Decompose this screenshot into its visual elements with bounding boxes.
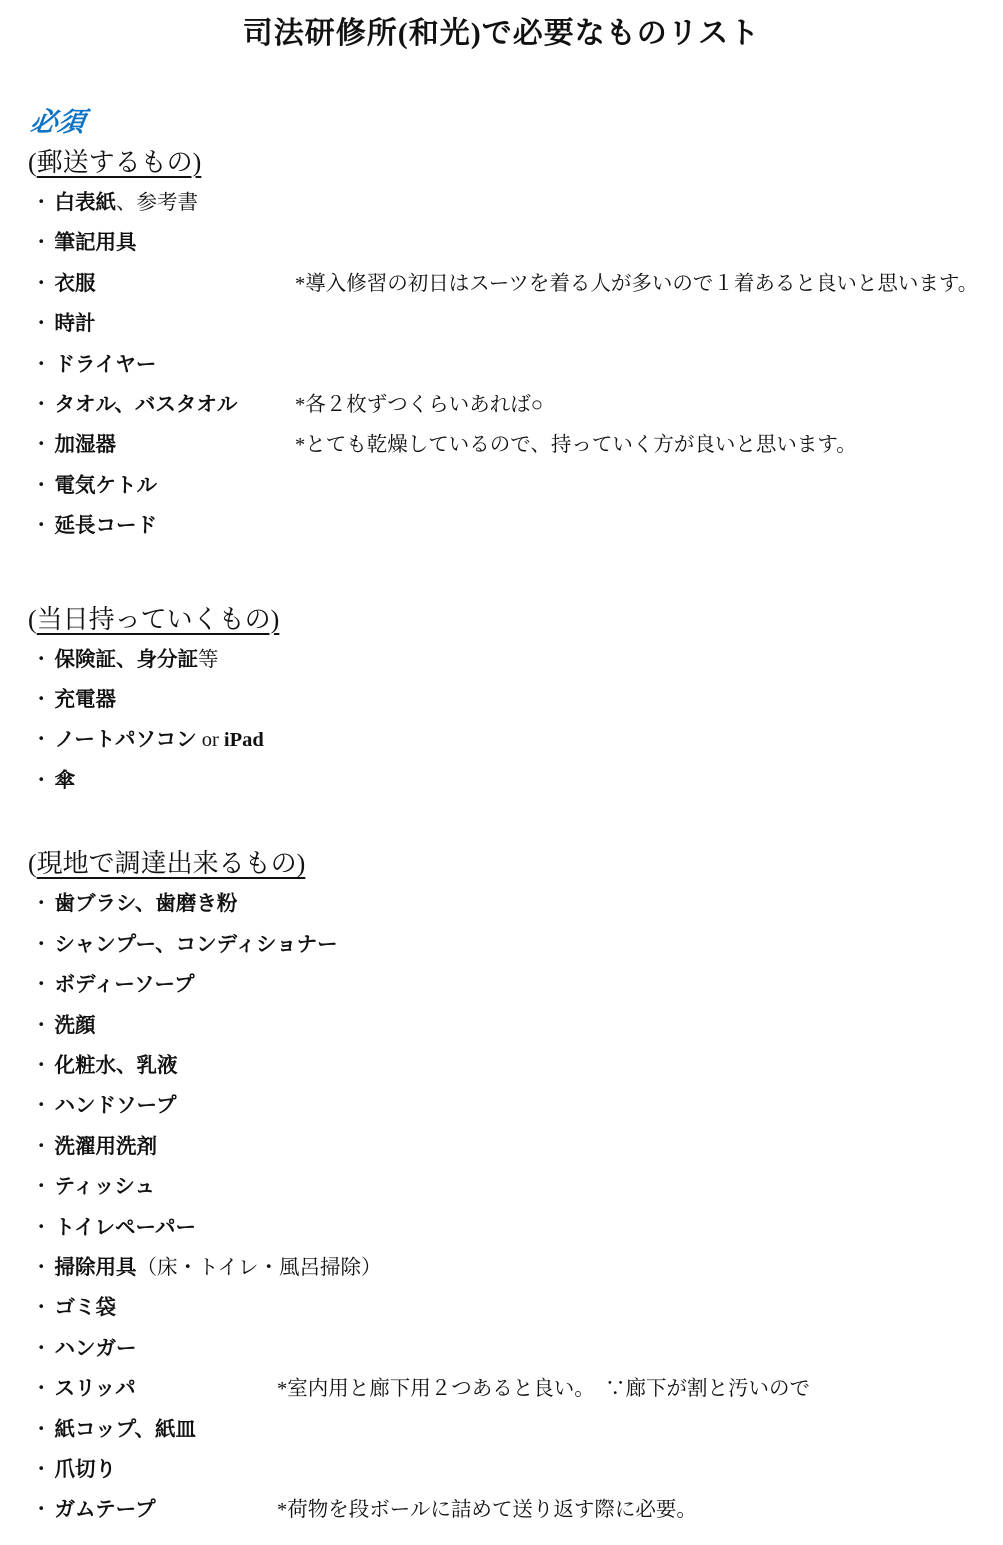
sections-container: (郵送するもの)・白表紙、参考書・筆記用具・衣服*導入修習の初日はスーツを着る人… <box>0 142 1003 1531</box>
item-label: ハンドソープ <box>55 1095 177 1117</box>
required-heading-row: 必須 <box>28 102 1003 142</box>
item-note: *室内用と廊下用２つあると良い。 ∵廊下が割と汚いので <box>277 1369 810 1409</box>
list-item: ・傘 <box>31 761 1003 801</box>
list-item: ・加湿器*とても乾燥しているので、持っていく方が良いと思います。 <box>31 425 1003 465</box>
item-bullet: ・ <box>31 1499 52 1521</box>
item-bullet: ・ <box>31 1136 52 1158</box>
item-label: ゴミ袋 <box>55 1297 117 1319</box>
list-item: ・歯ブラシ、歯磨き粉 <box>31 884 1003 924</box>
item-bullet: ・ <box>31 1419 52 1441</box>
section: (郵送するもの)・白表紙、参考書・筆記用具・衣服*導入修習の初日はスーツを着る人… <box>0 142 1003 547</box>
item-bullet: ・ <box>31 1217 52 1239</box>
item-bullet: ・ <box>31 1338 52 1360</box>
list-item: ・シャンプー、コンディショナー <box>31 925 1003 965</box>
item-label: ティッシュ <box>55 1176 155 1198</box>
list-item: ・ハンガー <box>31 1329 1003 1369</box>
section-heading-text: 当日持っていくもの) <box>37 605 280 634</box>
item-bullet: ・ <box>31 770 52 792</box>
item-label: 白表紙 <box>55 192 117 214</box>
item-label: シャンプー、コンディショナー <box>55 934 338 956</box>
item-label: 衣服 <box>55 273 96 295</box>
item-label: 充電器 <box>55 689 117 711</box>
item-note: *とても乾燥しているので、持っていく方が良いと思います。 <box>295 425 857 465</box>
item-bullet: ・ <box>31 475 52 497</box>
item-bullet: ・ <box>31 1055 52 1077</box>
item-bullet: ・ <box>31 273 52 295</box>
item-bullet: ・ <box>31 434 52 456</box>
item-rest: （床・トイレ・風呂掃除） <box>137 1257 382 1279</box>
section-heading-text: 現地で調達出来るもの) <box>37 849 306 878</box>
list-item: ・筆記用具 <box>31 223 1003 263</box>
list-item: ・白表紙、参考書 <box>31 183 1003 223</box>
item-label: 紙コップ、紙皿 <box>55 1419 196 1441</box>
section-heading: (現地で調達出来るもの) <box>28 843 1003 884</box>
item-label: スリッパ <box>55 1378 136 1400</box>
item-bullet: ・ <box>31 192 52 214</box>
item-label: 保険証、身分証 <box>55 649 199 671</box>
item-bullet: ・ <box>31 1378 52 1400</box>
item-bullet: ・ <box>31 893 52 915</box>
list-item: ・ドライヤー <box>31 345 1003 385</box>
list-item: ・時計 <box>31 304 1003 344</box>
item-bullet: ・ <box>31 354 52 376</box>
item-note: *荷物を段ボールに詰めて送り返す際に必要。 <box>277 1490 697 1530</box>
item-bullet: ・ <box>31 1297 52 1319</box>
item-bullet: ・ <box>31 232 52 254</box>
item-bullet: ・ <box>31 1095 52 1117</box>
item-bullet: ・ <box>31 515 52 537</box>
item-label: 延長コード <box>55 515 158 537</box>
item-bullet: ・ <box>31 649 52 671</box>
item-label: ボディーソープ <box>55 974 195 996</box>
list-item: ・ノートパソコン or iPad <box>31 720 1003 760</box>
item-rest: 等 <box>198 649 219 671</box>
list-item: ・延長コード <box>31 506 1003 546</box>
required-heading: 必須 <box>28 102 88 142</box>
section: (当日持っていくもの)・保険証、身分証等・充電器・ノートパソコン or iPad… <box>0 599 1003 802</box>
list-item: ・トイレペーパー <box>31 1208 1003 1248</box>
item-label: 時計 <box>55 313 96 335</box>
item-label: 傘 <box>55 770 76 792</box>
item-label: ノートパソコン <box>55 729 197 751</box>
item-label: タオル、バスタオル <box>55 394 238 416</box>
item-bullet: ・ <box>31 934 52 956</box>
list-item: ・保険証、身分証等 <box>31 640 1003 680</box>
item-bullet: ・ <box>31 394 52 416</box>
item-label: 洗濯用洗剤 <box>55 1136 158 1158</box>
section-heading: (郵送するもの) <box>28 142 1003 183</box>
item-note: *導入修習の初日はスーツを着る人が多いので１着あると良いと思います。 <box>295 264 978 304</box>
list-item: ・ボディーソープ <box>31 965 1003 1005</box>
item-rest: or <box>197 729 224 751</box>
item-label: 歯ブラシ、歯磨き粉 <box>55 893 238 915</box>
item-label: 筆記用具 <box>55 232 137 254</box>
section-heading: (当日持っていくもの) <box>28 599 1003 640</box>
item-note: *各２枚ずつくらいあれば○ <box>295 385 543 425</box>
list-item: ・化粧水、乳液 <box>31 1046 1003 1086</box>
item-bullet: ・ <box>31 1176 52 1198</box>
section-heading-open-paren: ( <box>28 148 37 177</box>
list-item: ・掃除用具（床・トイレ・風呂掃除） <box>31 1248 1003 1288</box>
item-bullet: ・ <box>31 1257 52 1279</box>
item-label: 洗顔 <box>55 1015 96 1037</box>
list-item: ・衣服*導入修習の初日はスーツを着る人が多いので１着あると良いと思います。 <box>31 264 1003 304</box>
item-bullet: ・ <box>31 689 52 711</box>
item-rest: 、参考書 <box>116 192 198 214</box>
list-item: ・ティッシュ <box>31 1167 1003 1207</box>
item-label: 加湿器 <box>55 434 117 456</box>
section: (現地で調達出来るもの)・歯ブラシ、歯磨き粉・シャンプー、コンディショナー・ボデ… <box>0 843 1003 1531</box>
item-label: ガムテープ <box>55 1499 156 1521</box>
item-label-2: iPad <box>224 729 264 751</box>
list-item: ・スリッパ*室内用と廊下用２つあると良い。 ∵廊下が割と汚いので <box>31 1369 1003 1409</box>
item-bullet: ・ <box>31 974 52 996</box>
item-bullet: ・ <box>31 313 52 335</box>
list-item: ・ハンドソープ <box>31 1086 1003 1126</box>
item-bullet: ・ <box>31 729 52 751</box>
section-heading-open-paren: ( <box>28 605 37 634</box>
item-label: トイレペーパー <box>55 1217 196 1239</box>
item-label: 爪切り <box>55 1459 117 1481</box>
item-label: ドライヤー <box>55 354 157 376</box>
list-item: ・ゴミ袋 <box>31 1288 1003 1328</box>
list-item: ・洗濯用洗剤 <box>31 1127 1003 1167</box>
section-heading-open-paren: ( <box>28 849 37 878</box>
item-bullet: ・ <box>31 1015 52 1037</box>
document-page: 司法研修所(和光)で必要なものリスト 必須 (郵送するもの)・白表紙、参考書・筆… <box>0 0 1003 1545</box>
item-label: ハンガー <box>55 1338 137 1360</box>
item-label: 化粧水、乳液 <box>55 1055 178 1077</box>
document-title: 司法研修所(和光)で必要なものリスト <box>0 0 1003 54</box>
list-item: ・電気ケトル <box>31 466 1003 506</box>
list-item: ・充電器 <box>31 680 1003 720</box>
item-label: 掃除用具 <box>55 1257 137 1279</box>
item-label: 電気ケトル <box>55 475 158 497</box>
item-bullet: ・ <box>31 1459 52 1481</box>
list-item: ・洗顔 <box>31 1006 1003 1046</box>
list-item: ・紙コップ、紙皿 <box>31 1410 1003 1450</box>
list-item: ・タオル、バスタオル*各２枚ずつくらいあれば○ <box>31 385 1003 425</box>
list-item: ・ガムテープ*荷物を段ボールに詰めて送り返す際に必要。 <box>31 1490 1003 1530</box>
list-item: ・爪切り <box>31 1450 1003 1490</box>
section-heading-text: 郵送するもの) <box>37 148 202 177</box>
